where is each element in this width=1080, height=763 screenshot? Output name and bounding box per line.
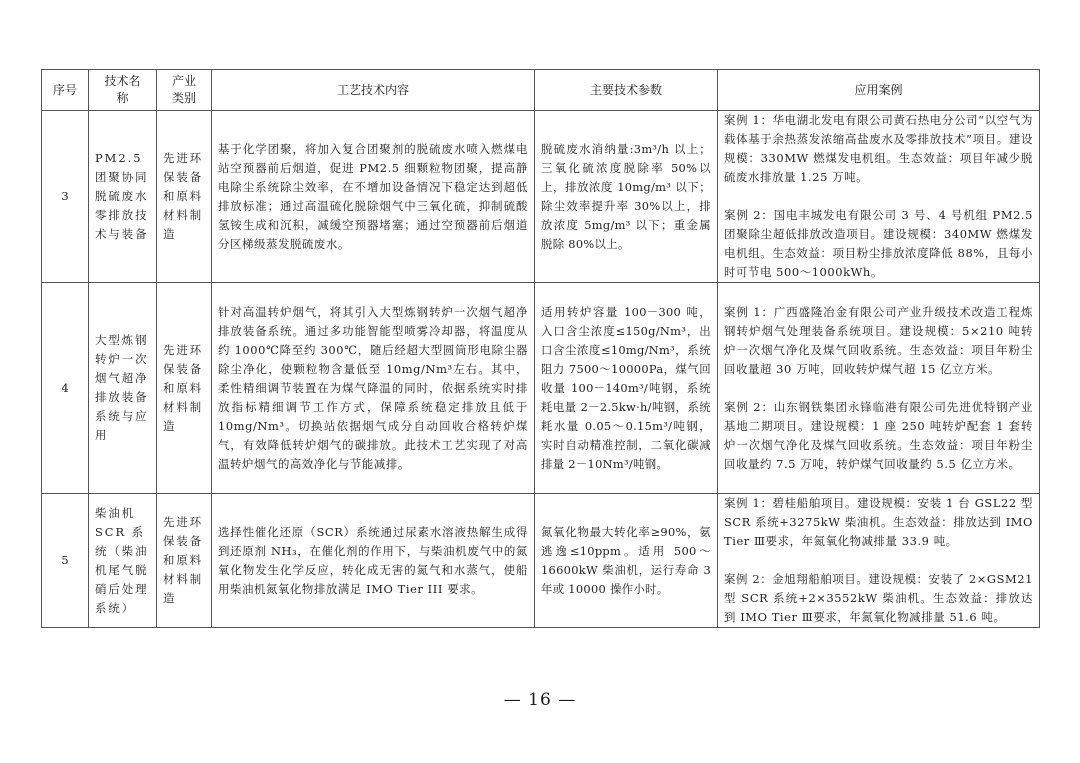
case-item: 案例 1：广西盛隆冶金有限公司产业升级技术改造工程炼钢转炉烟气处理装备系统项目。…: [724, 303, 1033, 379]
case-item: 案例 2：山东钢铁集团永锋临港有限公司先进优特钢产业基地二期项目。建设规模：1 …: [724, 398, 1033, 474]
header-num: 序号: [42, 70, 89, 111]
application-cases: 案例 1：碧桂船舶项目。建设规模：安装 1 台 GSL22 型 SCR 系统+3…: [718, 494, 1040, 628]
header-content: 工艺技术内容: [212, 70, 535, 111]
application-cases: 案例 1：广西盛隆冶金有限公司产业升级技术改造工程炼钢转炉烟气处理装备系统项目。…: [718, 283, 1040, 494]
case-item: 案例 2：金旭翔船舶项目。建设规模：安装了 2×GSM21 型 SCR 系统+2…: [724, 570, 1033, 627]
tech-params: 脱硫废水消纳量:3m³/h 以上；三氧化硫浓度脱除率 50%以上，排放浓度 10…: [535, 111, 718, 283]
table-row: 4 大型炼钢转炉一次烟气超净排放装备系统与应用 先进环保装备和原料材料制造 针对…: [42, 283, 1040, 494]
tech-name: 大型炼钢转炉一次烟气超净排放装备系统与应用: [89, 283, 157, 494]
industry-category: 先进环保装备和原料材料制造: [157, 494, 212, 628]
header-category: 产业类别: [157, 70, 212, 111]
row-num: 5: [42, 494, 89, 628]
case-item: 案例 2：国电丰城发电有限公司 3 号、4 号机组 PM2.5 团聚除尘超低排放…: [724, 206, 1033, 282]
tech-params: 适用转炉容量 100－300 吨，入口含尘浓度≤150g/Nm³，出口含尘浓度≤…: [535, 283, 718, 494]
page-number: — 16 —: [0, 690, 1080, 710]
table-header-row: 序号 技术名称 产业类别 工艺技术内容 主要技术参数 应用案例: [42, 70, 1040, 111]
case-item: 案例 1：华电湖北发电有限公司黄石热电分公司“以空气为载体基于余热蒸发浓缩高盐废…: [724, 111, 1033, 187]
header-params: 主要技术参数: [535, 70, 718, 111]
header-name: 技术名称: [89, 70, 157, 111]
application-cases: 案例 1：华电湖北发电有限公司黄石热电分公司“以空气为载体基于余热蒸发浓缩高盐废…: [718, 111, 1040, 283]
tech-name: PM2.5 团聚协同脱硫废水零排放技术与装备: [89, 111, 157, 283]
tech-name: 柴油机 SCR 系统（柴油机尾气脱硝后处理系统）: [89, 494, 157, 628]
technology-table: 序号 技术名称 产业类别 工艺技术内容 主要技术参数 应用案例 3 PM2.5 …: [41, 69, 1040, 628]
tech-params: 氮氧化物最大转化率≥90%，氨逃逸≤10ppm。适用 500～16600kW 柴…: [535, 494, 718, 628]
header-cases: 应用案例: [718, 70, 1040, 111]
table-row: 3 PM2.5 团聚协同脱硫废水零排放技术与装备 先进环保装备和原料材料制造 基…: [42, 111, 1040, 283]
process-content: 针对高温转炉烟气，将其引入大型炼钢转炉一次烟气超净排放装备系统。通过多功能智能型…: [212, 283, 535, 494]
case-item: 案例 1：碧桂船舶项目。建设规模：安装 1 台 GSL22 型 SCR 系统+3…: [724, 494, 1033, 551]
industry-category: 先进环保装备和原料材料制造: [157, 283, 212, 494]
row-num: 4: [42, 283, 89, 494]
industry-category: 先进环保装备和原料材料制造: [157, 111, 212, 283]
document-page: 序号 技术名称 产业类别 工艺技术内容 主要技术参数 应用案例 3 PM2.5 …: [0, 0, 1080, 763]
table-row: 5 柴油机 SCR 系统（柴油机尾气脱硝后处理系统） 先进环保装备和原料材料制造…: [42, 494, 1040, 628]
process-content: 基于化学团聚，将加入复合团聚剂的脱硫废水喷入燃煤电站空预器前后烟道，促进 PM2…: [212, 111, 535, 283]
row-num: 3: [42, 111, 89, 283]
process-content: 选择性催化还原（SCR）系统通过尿素水溶液热解生成得到还原剂 NH₃，在催化剂的…: [212, 494, 535, 628]
